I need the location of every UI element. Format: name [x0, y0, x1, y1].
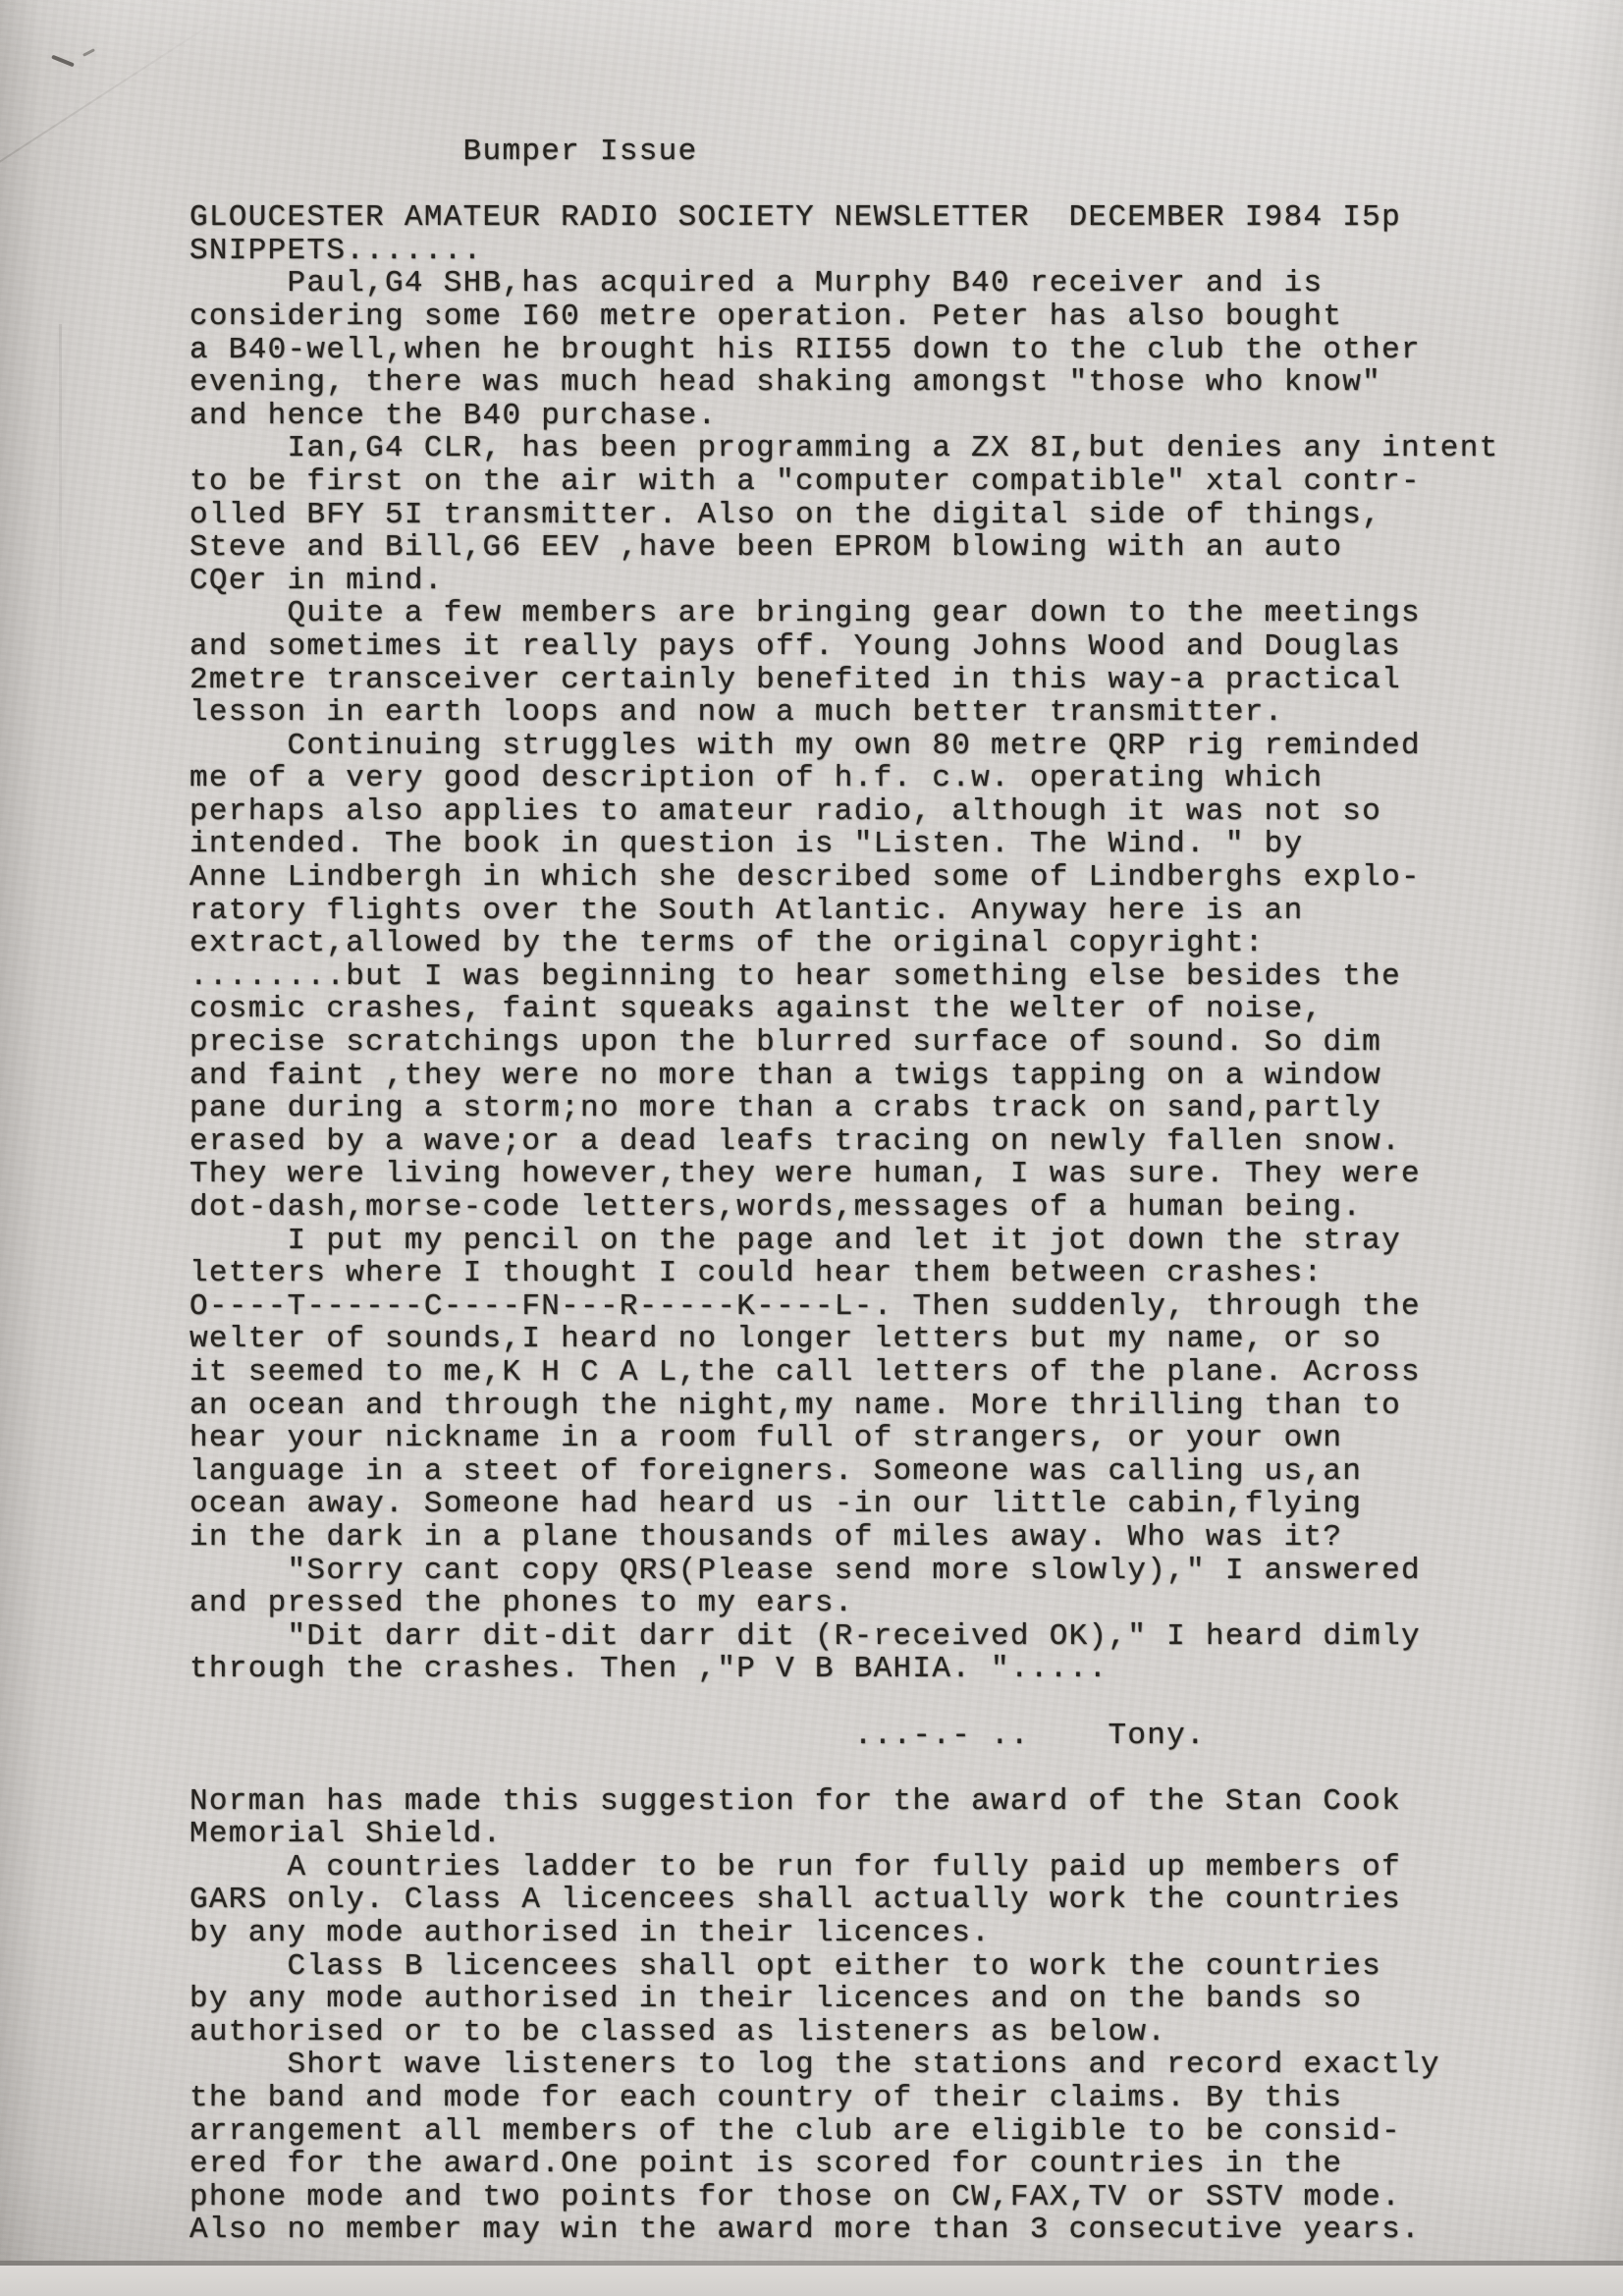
body-line: hear your nickname in a room full of str… [189, 1422, 1584, 1455]
body-line: A countries ladder to be run for fully p… [189, 1851, 1584, 1885]
scan-bottom-margin [0, 2266, 1623, 2296]
paper-crease [59, 324, 62, 737]
body-line: ocean away. Someone had heard us -in our… [189, 1488, 1584, 1521]
body-line: Paul,G4 SHB,has acquired a Murphy B40 re… [189, 267, 1584, 301]
body-line: Ian,G4 CLR, has been programming a ZX 8I… [189, 432, 1584, 465]
body-line: They were living however,they were human… [189, 1158, 1584, 1191]
scanned-newsletter-page: Bumper IssueGLOUCESTER AMATEUR RADIO SOC… [0, 0, 1623, 2296]
blank-line [189, 1686, 1584, 1720]
body-line: ered for the award.One point is scored f… [189, 2148, 1584, 2181]
body-line: arrangement all members of the club are … [189, 2115, 1584, 2149]
body-line: Norman has made this suggestion for the … [189, 1785, 1584, 1819]
body-line: authorised or to be classed as listeners… [189, 2016, 1584, 2050]
body-line: dot-dash,morse-code letters,words,messag… [189, 1191, 1584, 1225]
body-line: Class B licencees shall opt either to wo… [189, 1950, 1584, 1984]
body-line: "Dit darr dit-dit darr dit (R-received O… [189, 1620, 1584, 1654]
body-line: the band and mode for each country of th… [189, 2082, 1584, 2115]
body-line: and pressed the phones to my ears. [189, 1587, 1584, 1620]
body-line: Memorial Shield. [189, 1818, 1584, 1851]
typewritten-text: Bumper IssueGLOUCESTER AMATEUR RADIO SOC… [189, 136, 1584, 2247]
body-line: an ocean and through the night,my name. … [189, 1390, 1584, 1423]
body-line: ........but I was beginning to hear some… [189, 960, 1584, 994]
body-line: pane during a storm;no more than a crabs… [189, 1092, 1584, 1125]
body-line: and hence the B40 purchase. [189, 400, 1584, 433]
issue-banner: Bumper Issue [189, 136, 1584, 169]
body-line: by any mode authorised in their licences… [189, 1917, 1584, 1950]
body-line: through the crashes. Then ,"P V B BAHIA.… [189, 1653, 1584, 1686]
body-line: perhaps also applies to amateur radio, a… [189, 795, 1584, 829]
body-line: and faint ,they were no more than a twig… [189, 1060, 1584, 1093]
body-line: and sometimes it really pays off. Young … [189, 630, 1584, 664]
body-line: welter of sounds,I heard no longer lette… [189, 1323, 1584, 1356]
blank-line [189, 169, 1584, 202]
body-line: Also no member may win the award more th… [189, 2214, 1584, 2247]
section-heading: SNIPPETS....... [189, 235, 1584, 268]
body-line: cosmic crashes, faint squeaks against th… [189, 993, 1584, 1026]
body-line: ratory flights over the South Atlantic. … [189, 895, 1584, 928]
body-line: it seemed to me,K H C A L,the call lette… [189, 1356, 1584, 1390]
body-line: language in a steet of foreigners. Someo… [189, 1455, 1584, 1489]
blank-line [189, 1752, 1584, 1785]
morse-line: O----T------C----FN---R-----K----L-. The… [189, 1290, 1584, 1324]
body-line: Short wave listeners to log the stations… [189, 2049, 1584, 2082]
body-line: precise scratchings upon the blurred sur… [189, 1026, 1584, 1060]
body-line: Steve and Bill,G6 EEV ,have been EPROM b… [189, 531, 1584, 565]
body-line: by any mode authorised in their licences… [189, 1983, 1584, 2016]
staple-mark [82, 48, 95, 57]
body-line: I put my pencil on the page and let it j… [189, 1225, 1584, 1258]
body-line: 2metre transceiver certainly benefited i… [189, 664, 1584, 697]
body-line: considering some I60 metre operation. Pe… [189, 301, 1584, 334]
body-line: Anne Lindbergh in which she described so… [189, 861, 1584, 895]
body-line: me of a very good description of h.f. c.… [189, 762, 1584, 795]
masthead-line: GLOUCESTER AMATEUR RADIO SOCIETY NEWSLET… [189, 201, 1584, 235]
body-line: "Sorry cant copy QRS(Please send more sl… [189, 1555, 1584, 1588]
body-line: letters where I thought I could hear the… [189, 1257, 1584, 1290]
body-line: CQer in mind. [189, 565, 1584, 598]
body-line: phone mode and two points for those on C… [189, 2181, 1584, 2214]
body-line: Quite a few members are bringing gear do… [189, 597, 1584, 630]
body-line: to be first on the air with a "computer … [189, 465, 1584, 499]
body-line: extract,allowed by the terms of the orig… [189, 927, 1584, 960]
staple-mark [51, 55, 75, 68]
body-line: Continuing struggles with my own 80 metr… [189, 730, 1584, 763]
body-line: erased by a wave;or a dead leafs tracing… [189, 1125, 1584, 1159]
body-line: lesson in earth loops and now a much bet… [189, 696, 1584, 730]
signature-line: ...-.- .. Tony. [189, 1720, 1584, 1753]
body-line: GARS only. Class A licencees shall actua… [189, 1884, 1584, 1917]
body-line: evening, there was much head shaking amo… [189, 366, 1584, 400]
body-line: in the dark in a plane thousands of mile… [189, 1521, 1584, 1555]
body-line: a B40-well,when he brought his RII55 dow… [189, 334, 1584, 367]
body-line: intended. The book in question is "Liste… [189, 828, 1584, 861]
body-line: olled BFY 5I transmitter. Also on the di… [189, 499, 1584, 532]
